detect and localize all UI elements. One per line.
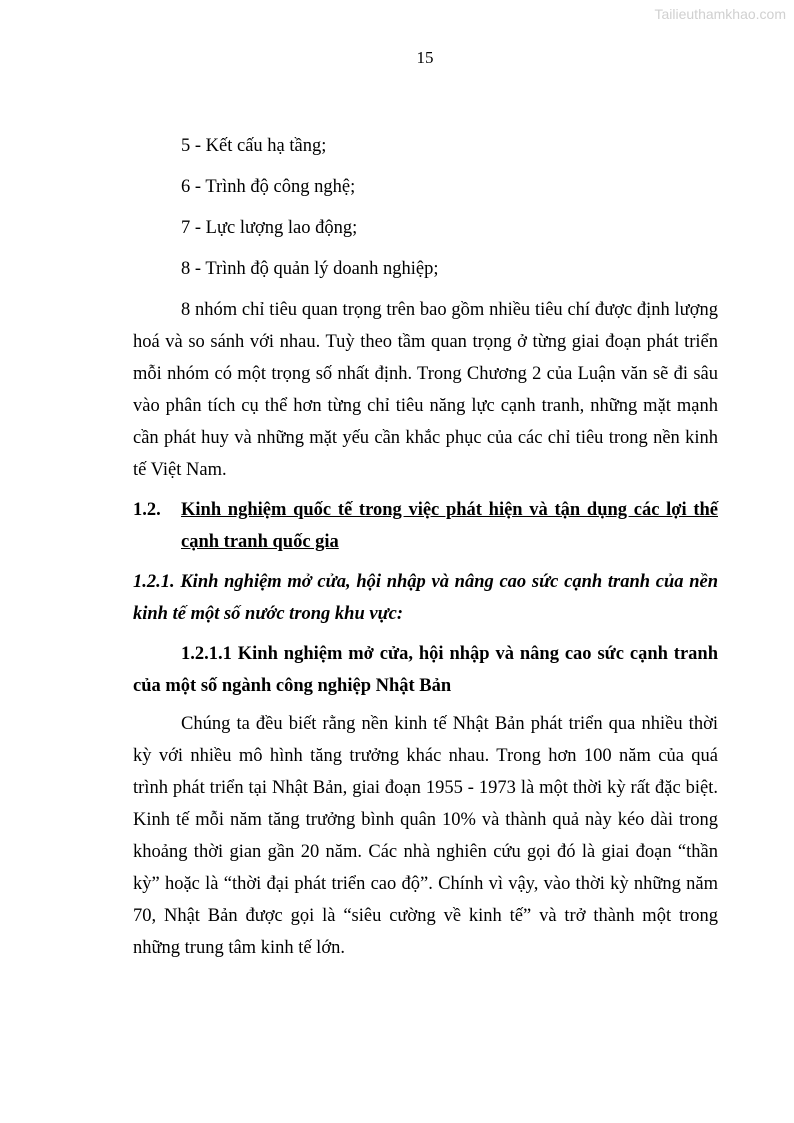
subsubsection-heading-1-2-1-1: 1.2.1.1 Kinh nghiệm mở cửa, hội nhập và …: [133, 638, 718, 702]
list-item: 5 - Kết cấu hạ tầng;: [133, 130, 718, 162]
paragraph: 8 nhóm chỉ tiêu quan trọng trên bao gồm …: [133, 294, 718, 486]
document-body: 5 - Kết cấu hạ tầng; 6 - Trình độ công n…: [133, 130, 718, 964]
page-number: 15: [0, 48, 794, 68]
section-number: 1.2.: [133, 494, 181, 558]
watermark: Tailieuthamkhao.com: [654, 6, 786, 22]
list-item: 8 - Trình độ quản lý doanh nghiệp;: [133, 253, 718, 285]
list-item: 7 - Lực lượng lao động;: [133, 212, 718, 244]
list-item: 6 - Trình độ công nghệ;: [133, 171, 718, 203]
subsection-heading-1-2-1: 1.2.1. Kinh nghiệm mở cửa, hội nhập và n…: [133, 566, 718, 630]
paragraph: Chúng ta đều biết rằng nền kinh tế Nhật …: [133, 708, 718, 964]
section-heading-1-2: 1.2. Kinh nghiệm quốc tế trong việc phát…: [133, 494, 718, 558]
section-title: Kinh nghiệm quốc tế trong việc phát hiện…: [181, 494, 718, 558]
